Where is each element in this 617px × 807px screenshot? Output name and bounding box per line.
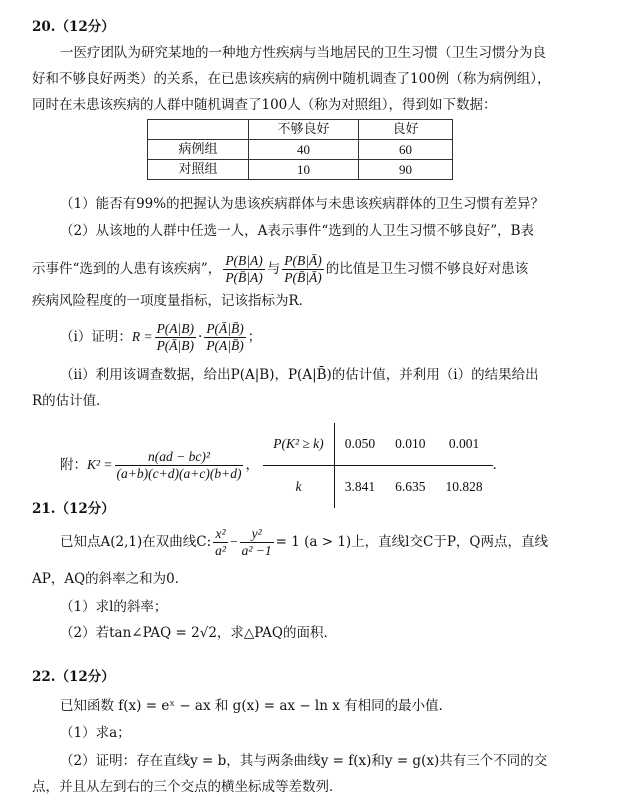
text: K² = — [87, 457, 113, 472]
q22-part2-line2: 点，并且从左到右的三个交点的横坐标成等差数列． — [32, 778, 343, 796]
q20-intro-line1: 一医疗团队为研究某地的一种地方性疾病与当地居民的卫生习惯（卫生习惯分为良 — [60, 44, 546, 62]
q21-line1: 已知点A(2,1)在双曲线C:x²a²−y²a² −1= 1 (a > 1)上，… — [60, 523, 548, 561]
table-cell: 10 — [249, 160, 359, 180]
table-header-cell: k — [263, 466, 334, 509]
table-row: 病例组 40 60 — [148, 140, 453, 160]
text: ； — [248, 329, 262, 345]
table-cell: 3.841 — [334, 466, 385, 509]
q22-part1: （1）求a； — [60, 724, 131, 742]
text: 示事件“选到的人患有该疾病”， — [32, 261, 221, 277]
text: 的比值是卫生习惯不够良好对患该 — [326, 261, 529, 277]
row-label: 对照组 — [148, 160, 249, 180]
table-header-cell: 不够良好 — [249, 120, 359, 140]
table-row: 对照组 10 90 — [148, 160, 453, 180]
q20-intro-line2: 好和不够良好两类）的关系，在已患该疾病的病例中随机调查了100例（称为病例组）， — [32, 70, 551, 88]
fraction-denominator: P(B̄|Ā) — [282, 270, 323, 286]
q21-heading: 21.（12分） — [32, 500, 115, 518]
fraction-denominator: a² — [213, 543, 228, 559]
q20-heading: 20.（12分） — [32, 18, 115, 36]
fraction: P(Ā|B̄)P(A|B̄) — [204, 321, 245, 354]
k2-fraction: n(ad − bc)²(a+b)(c+d)(a+c)(b+d) — [115, 449, 244, 482]
table-cell: 0.010 — [385, 423, 435, 466]
appendix-formula: 附：K² =n(ad − bc)²(a+b)(c+d)(a+c)(b+d)， P… — [60, 423, 506, 508]
fraction-denominator: P(Ā|B) — [155, 338, 196, 354]
table-cell: 90 — [359, 160, 453, 180]
fraction-denominator: P(B̄|A) — [223, 270, 264, 286]
fraction-numerator: n(ad − bc)² — [115, 449, 244, 466]
text: 已知点A(2,1)在双曲线C: — [60, 534, 211, 550]
text: （i）证明： — [60, 329, 132, 345]
table-row: k 3.841 6.635 10.828 — [263, 466, 492, 509]
fraction-numerator: P(B|A) — [223, 253, 264, 270]
q22-line1: 已知函数 f(x) = eˣ − ax 和 g(x) = ax − ln x 有… — [60, 697, 452, 715]
q22-part2-line1: （2）证明：存在直线y = b，其与两条曲线y = f(x)和y = g(x)共… — [60, 752, 547, 770]
table-row: P(K² ≥ k) 0.050 0.010 0.001 — [263, 423, 492, 466]
fraction-denominator: P(A|B̄) — [204, 338, 245, 354]
fraction-numerator: x² — [213, 526, 228, 543]
text: − — [230, 534, 238, 549]
text: ， — [245, 457, 259, 473]
appendix-label: 附： — [60, 457, 87, 473]
table-header-cell: P(K² ≥ k) — [263, 423, 334, 466]
q20-part1: （1）能否有99%的把握认为患该疾病群体与未患该疾病群体的卫生习惯有差异？ — [60, 195, 544, 213]
survey-data-table: 不够良好 良好 病例组 40 60 对照组 10 90 — [147, 119, 453, 180]
q21-line2: AP，AQ的斜率之和为0． — [32, 570, 188, 588]
fraction-numerator: P(Ā|B̄) — [204, 321, 245, 338]
fraction-denominator: a² −1 — [240, 543, 274, 559]
q21-part1: （1）求l的斜率； — [60, 598, 167, 616]
table-cell: 10.828 — [435, 466, 492, 509]
q21-part2: （2）若tan∠PAQ = 2√2，求△PAQ的面积． — [60, 624, 337, 642]
table-header-row: 不够良好 良好 — [148, 120, 453, 140]
q20-sub-ii-line2: R的估计值． — [32, 392, 110, 410]
fraction-numerator: P(B|Ā) — [282, 253, 323, 270]
critical-value-table: P(K² ≥ k) 0.050 0.010 0.001 k 3.841 6.63… — [263, 423, 492, 508]
text: 与 — [267, 261, 281, 277]
fraction-numerator: P(A|B) — [155, 321, 196, 338]
table-cell: 40 — [249, 140, 359, 160]
table-cell: 6.635 — [385, 466, 435, 509]
text: = 1 (a > 1)上，直线l交C于P，Q两点，直线 — [276, 534, 548, 550]
q20-part2-line3: 疾病风险程度的一项度量指标，记该指标为R． — [32, 292, 312, 310]
text: R = — [132, 329, 153, 344]
q22-heading: 22.（12分） — [32, 668, 115, 686]
text: ． — [493, 457, 507, 473]
ratio-fraction-2: P(B|Ā)P(B̄|Ā) — [282, 253, 323, 286]
q20-part2-line2: 示事件“选到的人患有该疾病”，P(B|A)P(B̄|A)与P(B|Ā)P(B̄|… — [32, 250, 528, 288]
fraction-numerator: y² — [240, 526, 274, 543]
table-header-cell — [148, 120, 249, 140]
table-header-cell: 良好 — [359, 120, 453, 140]
ratio-fraction-1: P(B|A)P(B̄|A) — [223, 253, 264, 286]
fraction: y²a² −1 — [240, 526, 274, 559]
q20-part2-line1: （2）从该地的人群中任选一人，A表示事件“选到的人卫生习惯不够良好”，B表 — [60, 222, 534, 240]
fraction-denominator: (a+b)(c+d)(a+c)(b+d) — [115, 466, 244, 482]
row-label: 病例组 — [148, 140, 249, 160]
table-cell: 0.050 — [334, 423, 385, 466]
table-cell: 60 — [359, 140, 453, 160]
q20-intro-line3: 同时在未患该疾病的人群中随机调查了100人（称为对照组），得到如下数据： — [32, 96, 497, 114]
q20-sub-ii-line1: （ii）利用该调查数据，给出P(A|B)，P(A|B̄)的估计值，并利用（i）的… — [60, 366, 539, 384]
fraction: x²a² — [213, 526, 228, 559]
fraction: P(A|B)P(Ā|B) — [155, 321, 196, 354]
q20-sub-i: （i）证明：R =P(A|B)P(Ā|B)·P(Ā|B̄)P(A|B̄)； — [60, 318, 261, 356]
table-cell: 0.001 — [435, 423, 492, 466]
